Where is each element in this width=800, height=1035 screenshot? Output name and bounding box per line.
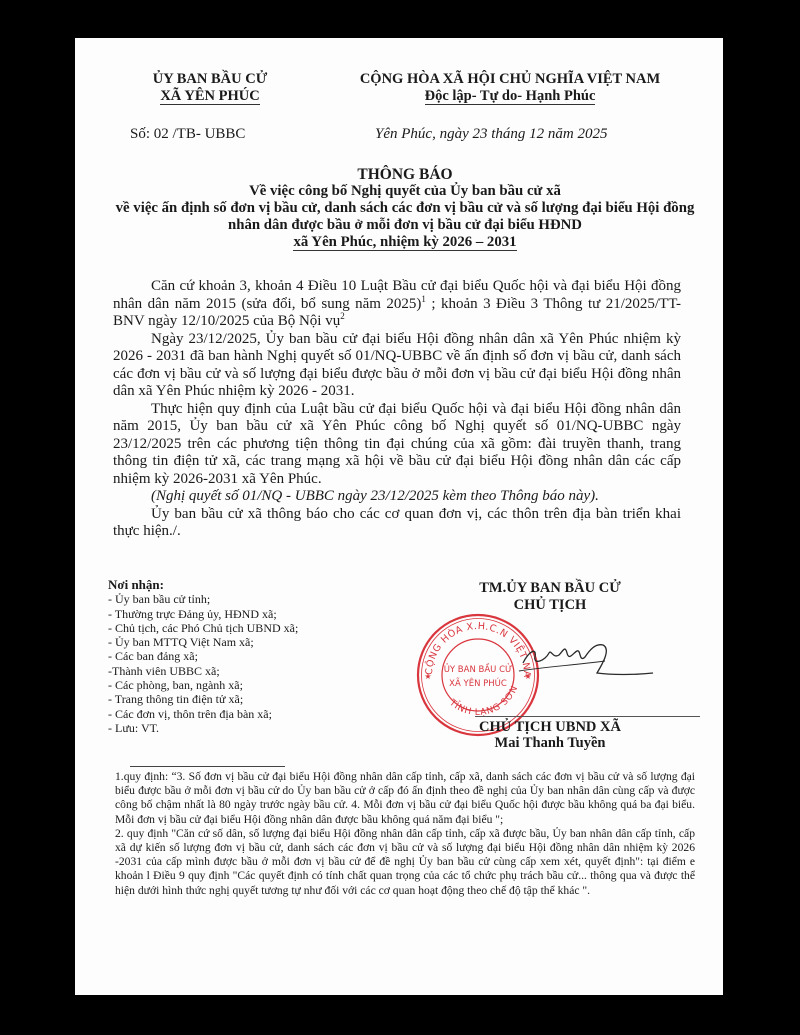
authority-line2: XÃ YÊN PHÚC: [160, 89, 259, 105]
footnote-ref-2[interactable]: 2: [340, 311, 345, 321]
recipients-list: Nơi nhận: - Ủy ban bầu cử tỉnh; - Thường…: [108, 578, 408, 735]
document-page: ỦY BAN BẦU CỬ XÃ YÊN PHÚC CỘNG HÒA XÃ HỘ…: [75, 38, 723, 995]
country-name: CỘNG HÒA XÃ HỘI CHỦ NGHĨA VIỆT NAM: [315, 71, 705, 88]
signature-underline: [475, 716, 700, 717]
recipients-title: Nơi nhận:: [108, 578, 408, 592]
issuing-authority: ỦY BAN BẦU CỬ XÃ YÊN PHÚC: [130, 71, 290, 105]
signatory-position: CHỦ TỊCH UBND XÃ: [395, 719, 705, 735]
title-main: THÔNG BÁO: [115, 166, 695, 183]
paragraph-implementation: Thực hiện quy định của Luật bầu cử đại b…: [113, 401, 681, 489]
recipient-item: - Trang thông tin điện tử xã;: [108, 692, 408, 706]
recipient-item: - Ủy ban bầu cử tỉnh;: [108, 592, 408, 606]
recipient-item: -Thành viên UBBC xã;: [108, 664, 408, 678]
authority-line1: ỦY BAN BẦU CỬ: [130, 71, 290, 88]
stamp-bottom-text: TỈNH LẠNG SƠN: [446, 684, 520, 718]
document-date: Yên Phúc, ngày 23 tháng 12 năm 2025: [375, 126, 607, 143]
footnotes: 1.quy định: “3. Số đơn vị bầu cử đại biể…: [115, 770, 695, 898]
footnote-2: 2. quy định "Căn cứ số dân, số lượng đại…: [115, 827, 695, 898]
stamp-inner-line2: XÃ YÊN PHÚC: [449, 677, 507, 689]
recipient-item: - Các ban đảng xã;: [108, 649, 408, 663]
motto: Độc lập- Tự do- Hạnh Phúc: [425, 89, 596, 105]
stamp-inner-line1: ỦY BAN BẦU CỬ: [444, 662, 513, 675]
paragraph-closing: Ủy ban bầu cử xã thông báo cho các cơ qu…: [113, 506, 681, 541]
signature-heading: TM.ỦY BAN BẦU CỬ CHỦ TỊCH: [395, 580, 705, 614]
paragraph-attachment-note: (Nghị quyết số 01/NQ - UBBC ngày 23/12/2…: [113, 488, 681, 506]
recipient-item: - Chủ tịch, các Phó Chủ tịch UBND xã;: [108, 621, 408, 635]
document-title: THÔNG BÁO Về việc công bố Nghị quyết của…: [115, 166, 695, 251]
svg-text:★: ★: [424, 672, 431, 681]
title-line2: về việc ấn định số đơn vị bầu cử, danh s…: [115, 200, 695, 234]
national-motto: CỘNG HÒA XÃ HỘI CHỦ NGHĨA VIỆT NAM Độc l…: [315, 71, 705, 105]
svg-text:TỈNH LẠNG SƠN: TỈNH LẠNG SƠN: [446, 684, 520, 718]
document-body: Căn cứ khoản 3, khoản 4 Điều 10 Luật Bầu…: [113, 278, 681, 541]
handwritten-signature-icon: [515, 623, 655, 693]
recipient-item: - Các phòng, ban, ngành xã;: [108, 678, 408, 692]
title-line1: Về việc công bố Nghị quyết của Ủy ban bầ…: [115, 183, 695, 200]
paragraph-resolution: Ngày 23/12/2025, Ủy ban bầu cử đại biểu …: [113, 331, 681, 401]
signature-line1: TM.ỦY BAN BẦU CỬ: [395, 580, 705, 597]
recipient-item: - Lưu: VT.: [108, 721, 408, 735]
document-number: Số: 02 /TB- UBBC: [130, 126, 245, 143]
recipient-item: - Các đơn vị, thôn trên địa bàn xã;: [108, 707, 408, 721]
signatory-name: Mai Thanh Tuyền: [395, 735, 705, 751]
recipient-item: - Thường trực Đảng ủy, HĐND xã;: [108, 607, 408, 621]
footnote-1: 1.quy định: “3. Số đơn vị bầu cử đại biể…: [115, 770, 695, 827]
recipient-item: - Ủy ban MTTQ Việt Nam xã;: [108, 635, 408, 649]
signatory-block: CHỦ TỊCH UBND XÃ Mai Thanh Tuyền: [395, 719, 705, 751]
footnote-separator: [130, 766, 285, 767]
title-line3: xã Yên Phúc, nhiệm kỳ 2026 – 2031: [293, 235, 516, 251]
paragraph-legal-basis: Căn cứ khoản 3, khoản 4 Điều 10 Luật Bầu…: [113, 278, 681, 331]
